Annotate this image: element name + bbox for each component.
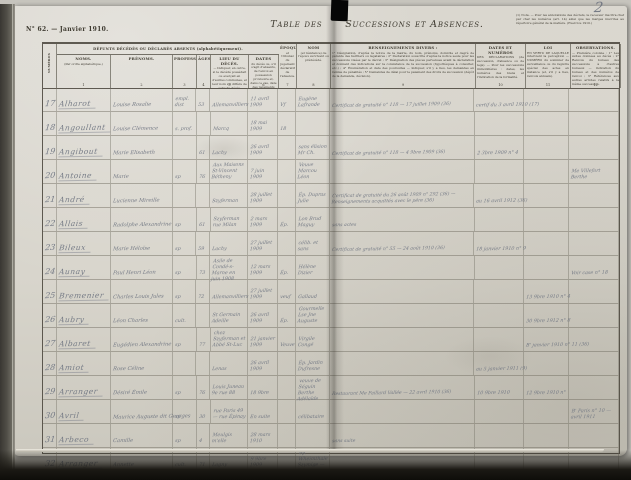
cell-epoques: 18 (278, 112, 296, 135)
handwritten-entry: sans élision Mr Ch. (297, 145, 328, 157)
handwritten-entry: 26 avril 1909 (250, 145, 277, 157)
handwritten-entry: 30 9bre 1912 n° 8 (526, 319, 571, 326)
cell-loi (524, 256, 569, 279)
page-bottom-edge (16, 449, 604, 452)
cell-lieu: Lenas (210, 352, 248, 375)
cell-observations (569, 208, 619, 231)
cell-epoux: Gallaud (296, 280, 330, 303)
cell-noms: Avril (57, 400, 111, 423)
cell-professions: sp (173, 232, 197, 255)
register-row: 25BremenierCharles Louis Julessp72Allema… (43, 280, 619, 304)
cell-declarations: au 5 janvier 1911 (9) (474, 352, 524, 375)
cell-renseignements: sans suite (330, 424, 474, 447)
handwritten-entry: Ép. Jardin Dufresne (297, 361, 328, 373)
handwritten-entry: André (58, 195, 90, 206)
cell-professions: sp (173, 328, 197, 351)
cell-declarations (474, 304, 524, 327)
cell-loi (524, 352, 569, 375)
handwritten-entry: Allemanvilliers (212, 295, 249, 302)
cell-lieu: Lachy (210, 232, 248, 255)
column-header-lieu: LIEU DU DÉCÈS.— Indiquer, en outre, si l… (211, 55, 249, 88)
handwritten-entry: sans actes (332, 223, 357, 229)
cell-dates: 7 juin 1909 (248, 160, 278, 183)
handwritten-entry: 59 (198, 247, 205, 253)
handwritten-entry: 73 (198, 271, 205, 277)
cell-professions: sp (173, 208, 197, 231)
handwritten-entry: s. prof. (174, 127, 192, 133)
handwritten-entry: Eugédien Alexandrine (112, 341, 171, 349)
cell-observations (569, 280, 619, 303)
cell-prenoms: Marie Elisabeth (111, 136, 173, 159)
cell-noms: André (57, 184, 111, 207)
cell-dates: 11 avril 1909 (248, 88, 278, 111)
cell-lieu: Allemanvilliers (210, 280, 248, 303)
cell-prenoms: Radolphe Alexandrine (111, 208, 173, 231)
handwritten-entry: 27 juillet 1909 (249, 241, 276, 253)
cell-dates: 26 avril 1909 (248, 352, 278, 375)
cell-numeros: 25 (43, 280, 57, 303)
cell-renseignements (330, 280, 474, 303)
handwritten-entry: Arbeco (58, 435, 94, 446)
handwritten-entry: veuf (280, 295, 291, 301)
cell-declarations: 10 9bre 1910 (475, 376, 525, 399)
handwritten-entry: 2 3bre 1909 n° 4 (476, 151, 518, 158)
handwritten-entry: Radolphe Alexandrine (112, 221, 171, 229)
handwritten-entry: sp (174, 343, 180, 349)
cell-numeros: 28 (43, 352, 57, 375)
cell-observations (569, 184, 619, 207)
cell-renseignements: Certificat de gratuité du 26 août 1909 n… (330, 184, 474, 207)
cell-professions: sp (173, 376, 197, 399)
cell-prenoms: Léon Charles (111, 304, 173, 327)
handwritten-entry: Ép. (280, 319, 289, 325)
handwritten-entry: Albaret (58, 339, 96, 350)
register-row: 18AngoullantLouise Clémences. prof.Marcq… (43, 112, 619, 136)
handwritten-entry: Rose Céline (112, 366, 144, 373)
cell-prenoms: Marie (111, 160, 173, 183)
cell-epoux: sans élision Mr Ch. (296, 136, 330, 159)
cell-renseignements (330, 400, 474, 423)
handwritten-entry: Camille (112, 438, 133, 445)
table-body: 17AlharotLouise Rosalieempl. dist53Allem… (43, 88, 619, 471)
cell-ages: 4 (197, 424, 211, 447)
cell-lieu: Szyferman (210, 184, 248, 207)
handwritten-entry: Angibout (58, 147, 103, 158)
cell-loi (524, 184, 569, 207)
cell-professions (173, 184, 197, 207)
cell-observations: Me Villefort Berthe (569, 160, 619, 183)
handwritten-entry: chez Szyferman et Abbé St-Luc (211, 331, 247, 350)
handwritten-entry: Certificat de gratuité n° 118 — 17 juill… (332, 102, 451, 110)
cell-professions (173, 352, 197, 375)
handwritten-entry: 21 janvier 1909 (250, 337, 277, 349)
handwritten-entry: Antoine (58, 171, 97, 182)
group-header: DÉFUNTS DÉCÉDÉS OU DÉCLARÉS ABSENTS (alp… (57, 44, 279, 55)
register-row: 23BileuxMarie Héloïsesp59Lachy27 juillet… (43, 232, 619, 256)
cell-lieu: Meulgis m'elle (210, 424, 248, 447)
handwritten-entry: sp (174, 271, 180, 277)
handwritten-entry: certif du 3 avril 1910 (17) (476, 102, 540, 109)
handwritten-entry: 12 9bre 1910 n° (526, 391, 566, 398)
handwritten-entry: 2 mars 1909 (250, 217, 277, 229)
handwritten-entry: 18 (44, 123, 56, 134)
cell-lieu: Marcq (211, 112, 249, 135)
handwritten-entry: 72 (198, 295, 205, 301)
cell-professions: s. prof. (173, 112, 197, 135)
handwritten-entry: Lucienne Mireille (112, 198, 159, 205)
cell-loi: 30 9bre 1912 n° 8 (524, 304, 569, 327)
cell-epoux: Eugène Lafrande (296, 88, 330, 111)
handwritten-entry: Allais (58, 219, 88, 230)
handwritten-entry: célib. et sans (297, 241, 328, 253)
handwritten-entry: Restaurant Me Faillard Vallée — 22 avril… (332, 390, 452, 398)
cell-epoques (278, 160, 296, 183)
book-spine-edge (0, 4, 15, 480)
handwritten-entry: Gallaud (298, 295, 318, 301)
cell-prenoms: Marie Héloïse (111, 232, 173, 255)
cell-dates: 28 mars 1910 (248, 424, 278, 447)
column-header-epoux: NOM(et résidence) de l'époux survivant o… (297, 44, 331, 88)
handwritten-entry: 25 (44, 291, 56, 302)
cell-lieu: Asile de Condé-s-Marne en juin 1908 (210, 256, 248, 279)
cell-prenoms: Lucienne Mireille (111, 184, 173, 207)
cell-lieu: chez Szyferman et Abbé St-Luc (211, 328, 249, 351)
handwritten-entry: sans suite (332, 439, 356, 445)
cell-declarations (474, 328, 524, 351)
handwritten-entry: 53 (198, 103, 205, 109)
cell-epoux: célib. et sans (296, 232, 330, 255)
handwritten-entry: Amiot (58, 363, 89, 374)
handwritten-entry: 27 juillet 1909 (250, 289, 277, 301)
handwritten-entry: 28 mars 1910 (250, 433, 277, 445)
cell-declarations (475, 112, 525, 135)
handwritten-entry: 20 (44, 171, 56, 182)
cell-ages (196, 352, 210, 375)
handwritten-entry: Meulgis m'elle (212, 433, 247, 446)
handwritten-entry: Arranger (58, 387, 103, 398)
register-row: 19AngiboutMarie Elisabeth61Lachy26 avril… (43, 136, 619, 160)
cell-lieu: St Germain Adeille (210, 304, 248, 327)
cell-dates: En suite (248, 400, 278, 423)
cell-renseignements: sans actes (330, 208, 474, 231)
handwritten-entry: Hélène Dizier (297, 265, 328, 277)
cell-observations: B' Paris n° 10 — avril 1911 (569, 400, 619, 423)
cell-epoques: Ép. (278, 256, 296, 279)
handwritten-entry: Certificat de gratuité du 26 août 1909 n… (331, 192, 473, 206)
column-header-loi: LOIEN VERTU DE LAQUELLE intervient la pe… (526, 44, 571, 88)
cell-ages: 61 (197, 208, 211, 231)
cell-observations (569, 352, 619, 375)
cell-loi (524, 136, 569, 159)
cell-renseignements: Restaurant Me Faillard Vallée — 22 avril… (330, 376, 474, 399)
handwritten-entry: 76 (198, 175, 205, 181)
cell-noms: Albaret (57, 328, 111, 351)
handwritten-entry: Lachy (212, 151, 227, 157)
handwritten-entry: 24 (44, 267, 56, 278)
handwritten-entry: 18 (280, 127, 287, 133)
handwritten-entry: Allemanvilliers (212, 103, 249, 110)
register-row: 29ArrangerDésiré Émilesp76Louis Juneau 9… (43, 376, 619, 400)
cell-dates: 27 juillet 1909 (248, 280, 278, 303)
handwritten-entry: sp (174, 391, 180, 397)
handwritten-entry: 13 9bre 1910 n° 4 (526, 295, 571, 302)
column-header-ages: ÂGES.4 (197, 55, 211, 88)
handwritten-entry: Ép. (280, 271, 289, 277)
handwritten-entry: 10 9bre 1910 (476, 391, 509, 398)
cell-prenoms: Eugédien Alexandrine (111, 328, 173, 351)
handwritten-entry: 21 (44, 195, 56, 206)
cell-ages: 76 (197, 160, 211, 183)
cell-loi: B' janvier 1910 n° 11 (36) (524, 328, 569, 351)
handwritten-entry: 26 avril 1909 (250, 313, 277, 325)
cell-epoques (278, 376, 296, 399)
handwritten-entry: sp (174, 439, 180, 445)
handwritten-entry: 77 (198, 343, 205, 349)
cell-dates: 18 9bre (248, 376, 278, 399)
cell-observations (569, 232, 619, 255)
cell-declarations (475, 160, 525, 183)
handwritten-entry: Ép. (280, 223, 289, 229)
cell-professions: sp (173, 256, 197, 279)
cell-noms: Angoullant (57, 112, 111, 135)
cell-ages: 73 (197, 256, 211, 279)
cell-loi: 13 9bre 1910 n° 4 (524, 280, 569, 303)
column-header-declarations: DATES ET NUMÉROSDES DÉCLARATIONS (de suc… (476, 44, 526, 88)
cell-epoques: Ép. (278, 208, 296, 231)
cell-renseignements: Certificat de gratuité n° 118 — 4 9bre 1… (330, 136, 474, 159)
handwritten-entry: Aux Maisons St-Vincent Bétheny (211, 163, 247, 182)
column-header-dates: DATESdu décès ou, s'il s'agit d'absents,… (249, 55, 279, 88)
handwritten-entry: B' janvier 1910 n° 11 (36) (526, 342, 590, 349)
page-title: Table des Successions et Absences. (262, 19, 492, 30)
binding-clip (331, 0, 349, 21)
cell-declarations: 18 janvier 1910 n° 9 (474, 232, 524, 255)
cell-renseignements: Certificat de gratuité n° 55 — 24 août 1… (330, 232, 474, 255)
handwritten-entry: Aubry (58, 315, 90, 326)
handwritten-entry: Aunay (58, 267, 91, 278)
cell-lieu: Aux Maisons St-Vincent Bétheny (210, 160, 248, 183)
cell-observations (569, 88, 619, 111)
register-row: 17AlharotLouise Rosalieempl. dist53Allem… (43, 88, 619, 112)
cell-renseignements (330, 328, 474, 351)
handwritten-entry: Marie (112, 174, 128, 181)
cell-prenoms: Louise Clémence (111, 112, 173, 135)
handwritten-entry: Louis Juneau 9e rue 88 (212, 385, 247, 398)
column-header-renseignements: RENSEIGNEMENTS DIVERS :1° Désignation, d… (331, 44, 476, 88)
cell-declarations (474, 280, 524, 303)
cell-dates: 26 avril 1909 (248, 136, 278, 159)
column-header-noms: NOMS.(Par ordre alphabétique.)1 (57, 55, 111, 88)
cell-noms: Aubry (57, 304, 111, 327)
cell-lieu: Szyferman rue Milan (211, 208, 249, 231)
handwritten-entry: Certificat de gratuité n° 55 — 24 août 1… (331, 246, 444, 254)
handwritten-entry: Lenas (212, 367, 227, 373)
handwritten-entry: Alharot (58, 99, 96, 110)
handwritten-entry: Lachy (212, 247, 227, 253)
cell-dates: 18 mai 1909 (248, 112, 278, 135)
paper-page: N° 62. — Janvier 1910. Table des Success… (14, 6, 627, 456)
cell-prenoms: Désiré Émile (111, 376, 173, 399)
column-header-epoques: ÉPOQUESet tribunal du jugement déclarati… (279, 44, 297, 88)
cell-declarations: certif du 3 avril 1910 (17) (474, 88, 524, 111)
cell-noms: Amiot (57, 352, 111, 375)
cell-observations (569, 304, 619, 327)
cell-loi (524, 400, 569, 423)
handwritten-entry: 30 (198, 415, 205, 421)
cell-professions: sp (173, 424, 197, 447)
cell-epoux: Ép. Jardin Dufresne (296, 352, 330, 375)
cell-epoux: Virgile Congé (296, 328, 330, 351)
handwritten-entry: Eugène Lafrande (297, 97, 328, 109)
cell-epoques (278, 424, 296, 447)
cell-epoux: Gourmelle Lse Jne Auguste (296, 304, 330, 327)
cell-numeros: 20 (43, 160, 57, 183)
cell-numeros: 18 (43, 112, 57, 135)
cell-renseignements (330, 352, 474, 375)
cell-professions: cult. (173, 304, 197, 327)
handwritten-entry: Ép. Dupras Julie (297, 193, 328, 205)
cell-numeros: 31 (43, 424, 57, 447)
cell-ages (196, 304, 210, 327)
handwritten-entry: Virgile Congé (298, 337, 329, 349)
cell-epoques: Ép. (278, 304, 296, 327)
cell-noms: Arbeco (57, 424, 111, 447)
handwritten-entry: sp (174, 415, 180, 421)
handwritten-entry: Marcq (212, 127, 229, 133)
cell-declarations: 2 3bre 1909 n° 4 (475, 136, 525, 159)
cell-dates: 2 mars 1909 (248, 208, 278, 231)
cell-dates: 27 juillet 1909 (248, 232, 278, 255)
cell-ages (197, 112, 211, 135)
handwritten-entry: Avril (58, 411, 85, 422)
handwritten-entry: 18 janvier 1910 n° 9 (476, 247, 527, 254)
cell-prenoms: Charles Louis Jules (111, 280, 173, 303)
handwritten-entry: célibataire (298, 415, 325, 421)
handwritten-entry: 7 juin 1909 (250, 169, 277, 181)
cell-renseignements (330, 256, 474, 279)
cell-loi (524, 424, 569, 447)
handwritten-entry: 30 (44, 411, 56, 422)
table-header: DÉFUNTS DÉCÉDÉS OU DÉCLARÉS ABSENTS (alp… (43, 44, 619, 89)
cell-epoux: Veuve Marcou Léon (296, 160, 330, 183)
cell-epoques: veuf (278, 280, 296, 303)
cell-prenoms: Louise Rosalie (111, 88, 173, 111)
cell-loi (524, 112, 569, 135)
cell-ages: 53 (196, 88, 210, 111)
cell-noms: Antoine (57, 160, 111, 183)
register-row: 22AllaisRadolphe Alexandrinesp61Szyferma… (43, 208, 619, 232)
cell-noms: Alharot (57, 88, 111, 111)
column-header-observations: OBSERVATIONS.— Première colonne : 1° Les… (571, 44, 621, 88)
cell-dates: 26 avril 1909 (248, 304, 278, 327)
cell-observations (569, 376, 619, 399)
register-row: 26AubryLéon Charlescult.St Germain Adeil… (43, 304, 619, 328)
cell-ages: 77 (197, 328, 211, 351)
register-row: 28AmiotRose CélineLenas26 avril 1909Ép. … (43, 352, 619, 376)
cell-renseignements (330, 112, 474, 135)
cell-dates: 12 mars 1909 (248, 256, 278, 279)
cell-numeros: 27 (43, 328, 57, 351)
handwritten-entry: B' Paris n° 10 — avril 1911 (570, 409, 617, 422)
cell-declarations: au 16 avril 1912 (36) (474, 184, 524, 207)
cell-epoux: célibataire (296, 400, 330, 423)
handwritten-entry: 27 (44, 339, 56, 350)
handwritten-entry: Louise Rosalie (112, 102, 151, 109)
issue-label: N° 62. — Janvier 1910. (26, 26, 109, 33)
handwritten-entry: empl. dist (174, 97, 195, 109)
handwritten-entry: rue Paris 49 — rue Épinay (212, 409, 247, 422)
handwritten-entry: Angoullant (58, 123, 111, 134)
cell-epoques (278, 184, 296, 207)
handwritten-entry: Bremenier (58, 291, 109, 302)
handwritten-entry: sp (174, 247, 180, 253)
cell-lieu: rue Paris 49 — rue Épinay (211, 400, 249, 423)
register-row: 20AntoineMariesp76Aux Maisons St-Vincent… (43, 160, 619, 184)
cell-ages: 59 (196, 232, 210, 255)
cell-declarations (475, 424, 525, 447)
handwritten-entry: En suite (250, 415, 271, 421)
cell-numeros: 26 (43, 304, 57, 327)
cell-epoques (278, 352, 296, 375)
cell-prenoms: Camille (111, 424, 173, 447)
cell-lieu: Louis Juneau 9e rue 88 (210, 376, 248, 399)
cell-epoques (278, 232, 296, 255)
cell-lieu: Lachy (210, 136, 248, 159)
handwritten-entry: Marie Elisabeth (112, 150, 155, 157)
cell-loi (524, 232, 569, 255)
successions-table: DÉFUNTS DÉCÉDÉS OU DÉCLARÉS ABSENTS (alp… (42, 42, 620, 454)
cell-epoques (278, 136, 296, 159)
handwritten-entry: Voir case n° 18 (571, 271, 609, 278)
handwritten-entry: 23 (44, 243, 56, 254)
cell-ages: 30 (197, 400, 211, 423)
handwritten-entry: 29 (44, 387, 56, 398)
cell-noms: Bileux (57, 232, 111, 255)
cell-loi: 12 9bre 1910 n° (524, 376, 569, 399)
handwritten-entry: 61 (198, 151, 205, 157)
cell-numeros: 24 (43, 256, 57, 279)
handwritten-entry: cult. (174, 319, 186, 325)
cell-noms: Angibout (57, 136, 111, 159)
cell-ages: 61 (197, 136, 211, 159)
handwritten-entry: St Germain Adeille (212, 313, 247, 326)
cell-noms: Bremenier (57, 280, 111, 303)
cell-prenoms: Paul Henri Léon (111, 256, 173, 279)
handwritten-entry: sp (174, 295, 180, 301)
cell-epoques (278, 400, 296, 423)
handwritten-entry: Szyferman rue Milan (212, 217, 247, 230)
handwritten-entry: Louise Clémence (113, 126, 159, 133)
handwritten-entry: Désiré Émile (112, 390, 147, 397)
column-header-prenoms: PRÉNOMS.2 (111, 55, 173, 88)
handwritten-entry: 4 (198, 439, 202, 445)
cell-noms: Allais (57, 208, 111, 231)
header-footnote: (1) Nota. — Pour les annotations des déc… (516, 14, 624, 26)
scan-bottom-shadow (0, 450, 631, 480)
handwritten-entry: 76 (198, 391, 205, 397)
cell-numeros: 21 (43, 184, 57, 207)
cell-ages: 72 (196, 280, 210, 303)
handwritten-entry: Veuve Marcou Léon (297, 163, 329, 181)
cell-observations (569, 112, 619, 135)
handwritten-entry: sp (174, 175, 180, 181)
cell-professions: sp (173, 280, 197, 303)
cell-epoux (296, 424, 330, 447)
cell-numeros: 22 (43, 208, 57, 231)
handwritten-entry: 26 avril 1909 (249, 361, 276, 373)
cell-professions (173, 136, 197, 159)
cell-numeros: 29 (43, 376, 57, 399)
